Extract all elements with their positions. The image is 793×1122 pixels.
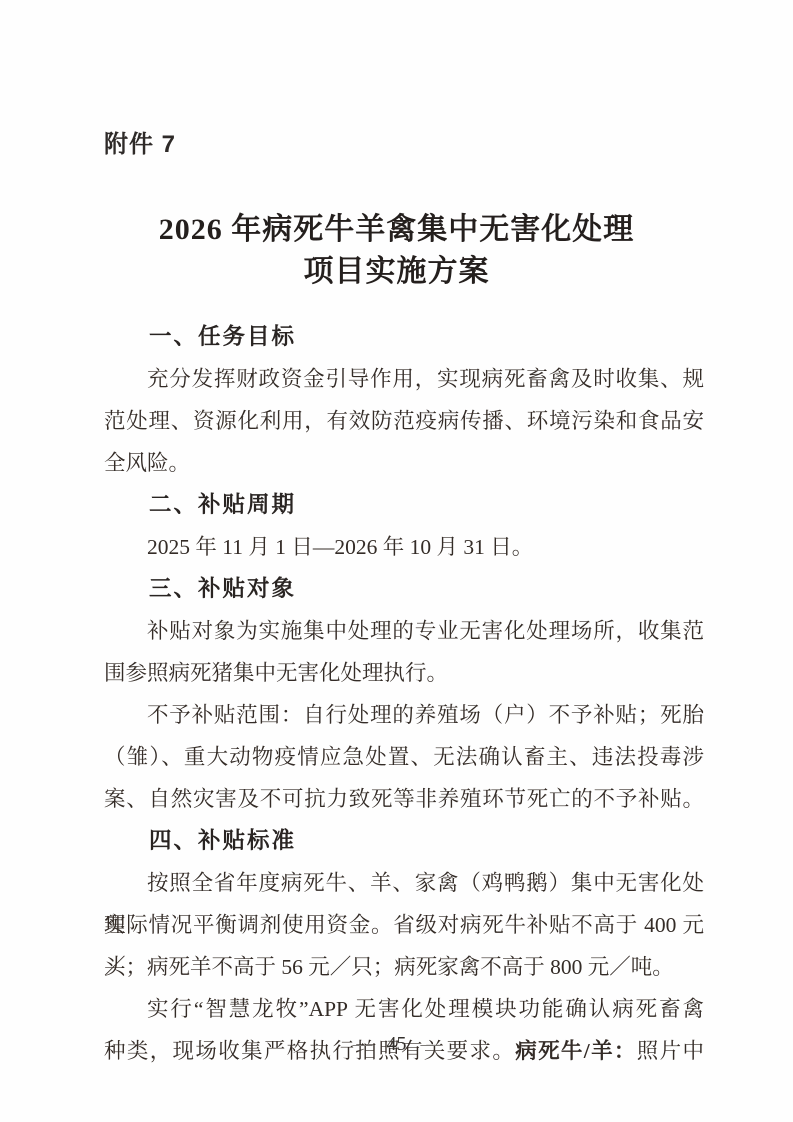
page-footer: —45—	[0, 1030, 793, 1058]
paragraph-line: 案、自然灾害及不可抗力致死等非养殖环节死亡的不予补贴。	[104, 778, 704, 820]
section-heading-4: 四、补贴标准	[104, 820, 704, 862]
section-heading-1: 一、任务目标	[104, 316, 704, 358]
footer-left-dash: —	[353, 1033, 373, 1055]
paragraph-line: 充分发挥财政资金引导作用，实现病死畜禽及时收集、规	[104, 358, 704, 400]
document-page: 附件 7 2026 年病死牛羊禽集中无害化处理 项目实施方案 一、任务目标 充分…	[0, 0, 793, 1122]
paragraph-line: 实行“智慧龙牧”APP 无害化处理模块功能确认病死畜禽	[104, 988, 704, 1030]
footer-right-dash: —	[421, 1033, 441, 1055]
document-title: 2026 年病死牛羊禽集中无害化处理 项目实施方案	[0, 209, 793, 293]
paragraph-line: 不予补贴范围：自行处理的养殖场（户）不予补贴；死胎	[104, 694, 704, 736]
section-heading-3: 三、补贴对象	[104, 568, 704, 610]
paragraph-line: 头；病死羊不高于 56 元／只；病死家禽不高于 800 元／吨。	[104, 946, 704, 988]
paragraph-line: 2025 年 11 月 1 日—2026 年 10 月 31 日。	[104, 526, 704, 568]
paragraph-line: 补贴对象为实施集中处理的专业无害化处理场所，收集范	[104, 610, 704, 652]
document-title-line-2: 项目实施方案	[0, 251, 793, 293]
section-heading-2: 二、补贴周期	[104, 484, 704, 526]
paragraph-line: 按照全省年度病死牛、羊、家禽（鸡鸭鹅）集中无害化处理	[104, 862, 704, 904]
footer-page-number: 45	[373, 1033, 421, 1055]
paragraph-line: 围参照病死猪集中无害化处理执行。	[104, 652, 704, 694]
paragraph-line: 实际情况平衡调剂使用资金。省级对病死牛补贴不高于 400 元／	[104, 904, 704, 946]
paragraph-line: （雏）、重大动物疫情应急处置、无法确认畜主、违法投毒涉	[104, 736, 704, 778]
paragraph-line: 全风险。	[104, 442, 704, 484]
document-title-line-1: 2026 年病死牛羊禽集中无害化处理	[0, 209, 793, 251]
paragraph-line: 范处理、资源化利用，有效防范疫病传播、环境污染和食品安	[104, 400, 704, 442]
document-body: 一、任务目标 充分发挥财政资金引导作用，实现病死畜禽及时收集、规 范处理、资源化…	[104, 316, 704, 1072]
attachment-label: 附件 7	[104, 130, 176, 160]
